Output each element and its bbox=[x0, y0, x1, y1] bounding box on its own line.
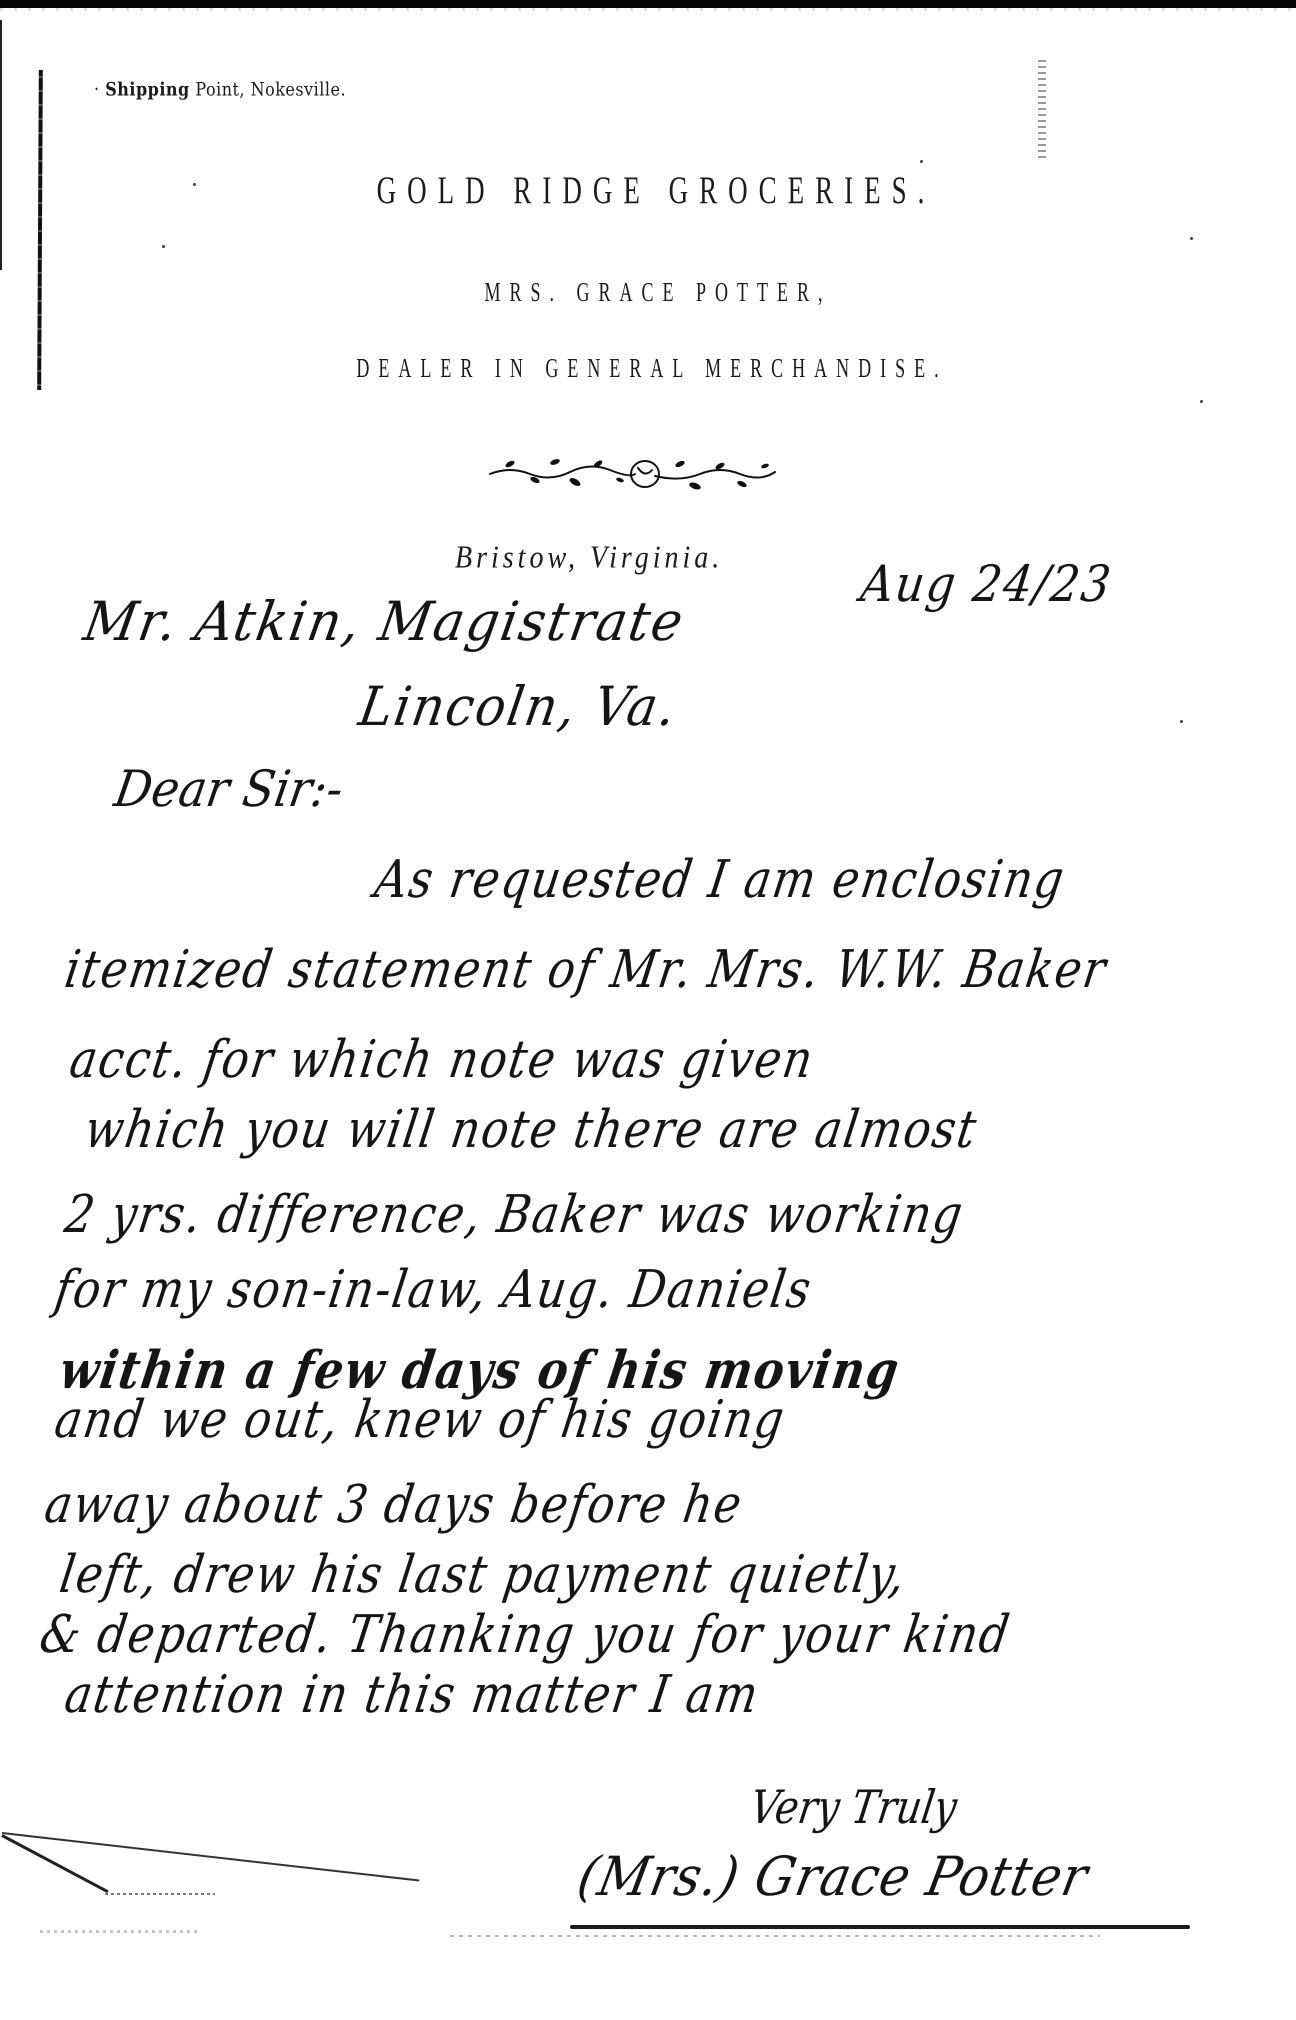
scan-artifact-line bbox=[2, 1832, 420, 1882]
body-line: As requested I am enclosing bbox=[371, 850, 1069, 910]
scan-speck bbox=[1180, 720, 1183, 723]
signature-underline bbox=[570, 1925, 1190, 1929]
signature: (Mrs.) Grace Potter bbox=[573, 1845, 1094, 1908]
body-line: for my son-in-law, Aug. Daniels bbox=[51, 1260, 816, 1320]
body-line: away about 3 days before he bbox=[41, 1475, 747, 1535]
proprietor-name: MRS. GRACE POTTER, bbox=[0, 276, 1296, 309]
shipping-point-line: · Shipping Point, Nokesville. bbox=[94, 78, 346, 100]
body-line: 2 yrs. difference, Baker was working bbox=[61, 1185, 968, 1245]
scan-noise bbox=[0, 8, 1296, 11]
business-description: DEALER IN GENERAL MERCHANDISE. bbox=[0, 352, 1296, 385]
scan-artifact-line bbox=[105, 1893, 215, 1895]
body-line: itemized statement of Mr. Mrs. W.W. Bake… bbox=[61, 940, 1111, 1000]
scan-artifact-marks bbox=[1038, 60, 1046, 160]
shipping-location: Point, Nokesville. bbox=[195, 78, 346, 100]
bullet: · bbox=[94, 78, 100, 100]
body-line: & departed. Thanking you for your kind bbox=[36, 1605, 1015, 1665]
shipping-label: Shipping bbox=[105, 78, 190, 100]
business-name: GOLD RIDGE GROCERIES. bbox=[0, 168, 1296, 213]
scan-speck bbox=[1190, 237, 1193, 240]
scan-top-border bbox=[0, 0, 1296, 8]
body-line: acct. for which note was given bbox=[66, 1030, 818, 1090]
recipient-line-2: Lincoln, Va. bbox=[355, 675, 682, 738]
salutation: Dear Sir:- bbox=[111, 760, 348, 818]
scan-speck bbox=[1200, 400, 1203, 403]
body-line: and we out, knew of his going bbox=[51, 1390, 789, 1450]
scan-artifact-line bbox=[40, 1930, 200, 1933]
closing: Very Truly bbox=[747, 1780, 961, 1834]
scan-artifact-line bbox=[450, 1935, 1100, 1937]
floral-vine-ornament-icon bbox=[480, 452, 780, 492]
letter-date: Aug 24/23 bbox=[858, 555, 1116, 613]
body-line: which you will note there are almost bbox=[81, 1100, 982, 1160]
scan-speck bbox=[193, 183, 196, 186]
body-line: attention in this matter I am bbox=[61, 1665, 764, 1725]
scan-speck bbox=[162, 245, 165, 248]
body-line: left, drew his last payment quietly, bbox=[56, 1545, 910, 1605]
scan-left-edge bbox=[0, 20, 2, 270]
letter-place: Bristow, Virginia. bbox=[455, 540, 723, 577]
recipient-line-1: Mr. Atkin, Magistrate bbox=[79, 590, 689, 653]
letterhead-margin-rule bbox=[37, 70, 43, 390]
scan-speck bbox=[920, 160, 923, 163]
